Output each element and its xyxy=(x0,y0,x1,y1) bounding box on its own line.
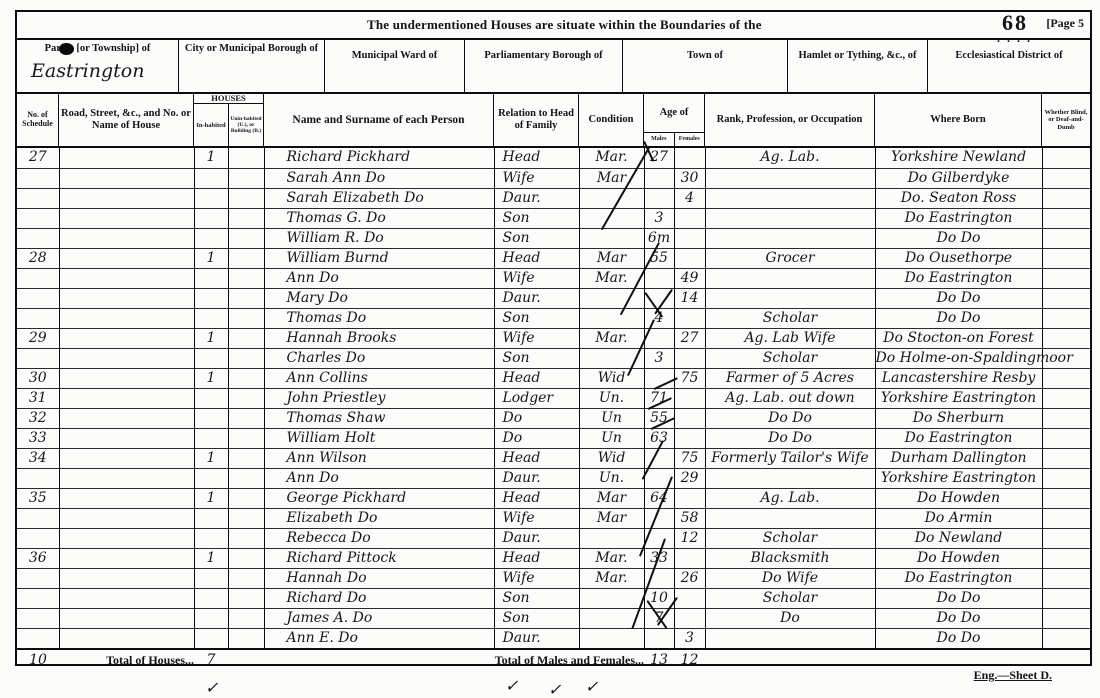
cell-disability xyxy=(1042,368,1090,388)
cell-name: Richard Pickhard xyxy=(264,148,494,168)
cell-relation: Do xyxy=(494,428,579,448)
cell-age-male xyxy=(644,528,674,548)
cell-age-male: 64 xyxy=(644,488,674,508)
cell-age-female xyxy=(674,588,705,608)
cell-age-female xyxy=(674,248,705,268)
table-row: William R. Do Son 6m Do Do xyxy=(17,228,1090,248)
cell-where-born: Do. Seaton Ross xyxy=(875,188,1042,208)
cell-road xyxy=(59,588,194,608)
check-mark: ✓ xyxy=(548,680,561,698)
cell-condition xyxy=(579,308,644,328)
cell-condition: Mar. xyxy=(579,548,644,568)
cell-disability xyxy=(1042,628,1090,649)
cell-age-male xyxy=(644,188,674,208)
cell-inhabited xyxy=(194,168,228,188)
cell-road xyxy=(59,368,194,388)
loc-label: Town of xyxy=(623,40,787,62)
column-header-row: No. of Schedule Road, Street, &c., and N… xyxy=(17,94,1090,148)
table-row: Richard Do Son 10 Scholar Do Do xyxy=(17,588,1090,608)
cell-schedule xyxy=(17,288,59,308)
total-females-value: 12 xyxy=(674,649,705,671)
cell-relation: Head xyxy=(494,248,579,268)
col-header-road: Road, Street, &c., and No. or Name of Ho… xyxy=(59,94,194,146)
loc-cell-town: Town of xyxy=(623,40,788,92)
cell-road xyxy=(59,288,194,308)
cell-uninhabited xyxy=(228,568,264,588)
cell-uninhabited xyxy=(228,248,264,268)
cell-condition xyxy=(579,348,644,368)
cell-schedule: 29 xyxy=(17,328,59,348)
cell-uninhabited xyxy=(228,148,264,168)
table-row: 35 1 George Pickhard Head Mar 64 Ag. Lab… xyxy=(17,488,1090,508)
cell-relation: Son xyxy=(494,588,579,608)
cell-inhabited xyxy=(194,388,228,408)
table-row: Thomas Do Son 4 Scholar Do Do xyxy=(17,308,1090,328)
cell-inhabited xyxy=(194,588,228,608)
cell-schedule: 35 xyxy=(17,488,59,508)
cell-age-female xyxy=(674,348,705,368)
cell-uninhabited xyxy=(228,408,264,428)
cell-uninhabited xyxy=(228,168,264,188)
cell-condition xyxy=(579,288,644,308)
cell-inhabited: 1 xyxy=(194,148,228,168)
cell-disability xyxy=(1042,268,1090,288)
cell-inhabited xyxy=(194,608,228,628)
cell-occupation xyxy=(705,228,875,248)
col-header-females: Females xyxy=(675,133,705,146)
cell-relation: Head xyxy=(494,448,579,468)
cell-where-born: Yorkshire Newland xyxy=(875,148,1042,168)
cell-age-male: 7 xyxy=(644,608,674,628)
cell-uninhabited xyxy=(228,428,264,448)
cell-schedule: 36 xyxy=(17,548,59,568)
col-header-where-born: Where Born xyxy=(875,94,1042,146)
cell-disability xyxy=(1042,408,1090,428)
cell-name: Thomas Do xyxy=(264,308,494,328)
cell-where-born: Do Holme-on-Spaldingmoor xyxy=(875,348,1042,368)
cell-age-female: 29 xyxy=(674,468,705,488)
cell-age-female: 75 xyxy=(674,368,705,388)
cell-age-male xyxy=(644,568,674,588)
cell-condition: Un xyxy=(579,428,644,448)
cell-condition xyxy=(579,528,644,548)
cell-age-female xyxy=(674,388,705,408)
table-row: Ann Do Daur. Un. 29 Yorkshire Eastringto… xyxy=(17,468,1090,488)
cell-condition xyxy=(579,228,644,248)
cell-name: William Holt xyxy=(264,428,494,448)
cell-schedule: 33 xyxy=(17,428,59,448)
loc-label: Parish [or Township] of xyxy=(17,40,178,55)
cell-uninhabited xyxy=(228,548,264,568)
cell-schedule xyxy=(17,208,59,228)
cell-schedule: 32 xyxy=(17,408,59,428)
cell-disability xyxy=(1042,548,1090,568)
location-header: Parish [or Township] of Eastrington City… xyxy=(17,40,1090,94)
cell-name: Rebecca Do xyxy=(264,528,494,548)
cell-relation: Daur. xyxy=(494,288,579,308)
cell-disability xyxy=(1042,288,1090,308)
cell-age-male: 55 xyxy=(644,248,674,268)
ink-blot xyxy=(59,43,74,55)
cell-schedule xyxy=(17,168,59,188)
loc-label: Ecclesiastical District of xyxy=(928,40,1090,62)
cell-age-male: 71 xyxy=(644,388,674,408)
cell-road xyxy=(59,628,194,649)
cell-schedule xyxy=(17,188,59,208)
cell-inhabited: 1 xyxy=(194,548,228,568)
total-males-females-label: Total of Males and Females... xyxy=(264,649,644,671)
cell-relation: Head xyxy=(494,148,579,168)
cell-name: Mary Do xyxy=(264,288,494,308)
cell-where-born: Yorkshire Eastrington xyxy=(875,388,1042,408)
cell-name: Thomas G. Do xyxy=(264,208,494,228)
table-row: 31 John Priestley Lodger Un. 71 Ag. Lab.… xyxy=(17,388,1090,408)
cell-occupation: Scholar xyxy=(705,528,875,548)
cell-occupation: Scholar xyxy=(705,308,875,328)
cell-inhabited: 1 xyxy=(194,488,228,508)
cell-road xyxy=(59,488,194,508)
cell-age-male xyxy=(644,368,674,388)
cell-schedule xyxy=(17,528,59,548)
cell-where-born: Do Do xyxy=(875,308,1042,328)
cell-age-male: 4 xyxy=(644,308,674,328)
table-row: 30 1 Ann Collins Head Wid 75 Farmer of 5… xyxy=(17,368,1090,388)
cell-inhabited: 1 xyxy=(194,328,228,348)
cell-name: William R. Do xyxy=(264,228,494,248)
cell-age-female xyxy=(674,308,705,328)
cell-occupation: Ag. Lab. out down xyxy=(705,388,875,408)
cell-condition: Mar. xyxy=(579,568,644,588)
cell-relation: Son xyxy=(494,348,579,368)
cell-where-born: Do Eastrington xyxy=(875,428,1042,448)
cell-uninhabited xyxy=(228,308,264,328)
cell-inhabited xyxy=(194,568,228,588)
col-header-occupation: Rank, Profession, or Occupation xyxy=(705,94,875,146)
cell-age-female: 4 xyxy=(674,188,705,208)
cell-condition: Mar. xyxy=(579,328,644,348)
cell-uninhabited xyxy=(228,268,264,288)
cell-road xyxy=(59,568,194,588)
cell-schedule xyxy=(17,268,59,288)
col-header-inhabited: In-habited xyxy=(194,104,229,146)
table-row: 32 Thomas Shaw Do Un 55 Do Do Do Sherbur… xyxy=(17,408,1090,428)
cell-relation: Wife xyxy=(494,328,579,348)
cell-name: Richard Pittock xyxy=(264,548,494,568)
cell-condition xyxy=(579,608,644,628)
cell-condition xyxy=(579,208,644,228)
cell-where-born: Do Stocton-on Forest xyxy=(875,328,1042,348)
cell-name: Richard Do xyxy=(264,588,494,608)
cell-age-female xyxy=(674,488,705,508)
census-sheet: The undermentioned Houses are situate wi… xyxy=(15,10,1092,666)
cell-inhabited xyxy=(194,428,228,448)
cell-relation: Head xyxy=(494,368,579,388)
cell-age-male xyxy=(644,168,674,188)
cell-schedule xyxy=(17,468,59,488)
cell-occupation xyxy=(705,288,875,308)
cell-age-female xyxy=(674,428,705,448)
cell-road xyxy=(59,388,194,408)
cell-age-female: 3 xyxy=(674,628,705,649)
cell-relation: Daur. xyxy=(494,188,579,208)
cell-road xyxy=(59,248,194,268)
cell-name: Ann E. Do xyxy=(264,628,494,649)
cell-condition: Wid xyxy=(579,368,644,388)
cell-where-born: Do Armin xyxy=(875,508,1042,528)
cell-inhabited xyxy=(194,348,228,368)
cell-schedule xyxy=(17,508,59,528)
cell-disability xyxy=(1042,568,1090,588)
cell-age-female: 14 xyxy=(674,288,705,308)
cell-age-male: 6m xyxy=(644,228,674,248)
cell-schedule xyxy=(17,588,59,608)
cell-road xyxy=(59,148,194,168)
census-table-body: 27 1 Richard Pickhard Head Mar. 27 Ag. L… xyxy=(17,148,1090,649)
table-row: Sarah Ann Do Wife Mar 30 Do Gilberdyke xyxy=(17,168,1090,188)
cell-where-born: Do Do xyxy=(875,608,1042,628)
cell-uninhabited xyxy=(228,348,264,368)
col-header-males: Males xyxy=(644,133,675,146)
cell-inhabited xyxy=(194,528,228,548)
table-row: Mary Do Daur. 14 Do Do xyxy=(17,288,1090,308)
cell-name: Ann Collins xyxy=(264,368,494,388)
cell-occupation xyxy=(705,628,875,649)
cell-disability xyxy=(1042,328,1090,348)
cell-age-female xyxy=(674,228,705,248)
cell-relation: Daur. xyxy=(494,468,579,488)
cell-relation: Son xyxy=(494,208,579,228)
cell-occupation: Do xyxy=(705,608,875,628)
cell-uninhabited xyxy=(228,608,264,628)
cell-name: Charles Do xyxy=(264,348,494,368)
cell-uninhabited xyxy=(228,528,264,548)
cell-where-born: Do Howden xyxy=(875,488,1042,508)
cell-uninhabited xyxy=(228,588,264,608)
cell-age-male xyxy=(644,288,674,308)
cell-disability xyxy=(1042,508,1090,528)
cell-disability xyxy=(1042,208,1090,228)
cell-occupation: Scholar xyxy=(705,588,875,608)
cell-where-born: Do Do xyxy=(875,588,1042,608)
cell-relation: Daur. xyxy=(494,628,579,649)
cell-name: Hannah Brooks xyxy=(264,328,494,348)
header-band: The undermentioned Houses are situate wi… xyxy=(17,12,1090,40)
cell-relation: Daur. xyxy=(494,528,579,548)
cell-relation: Head xyxy=(494,548,579,568)
cell-age-female: 26 xyxy=(674,568,705,588)
loc-label: Municipal Ward of xyxy=(325,40,464,62)
cell-name: Ann Do xyxy=(264,268,494,288)
col-header-relation: Relation to Head of Family xyxy=(494,94,579,146)
cell-occupation: Farmer of 5 Acres xyxy=(705,368,875,388)
total-schedule-cell: 10 xyxy=(17,649,59,671)
cell-age-male xyxy=(644,268,674,288)
cell-relation: Son xyxy=(494,308,579,328)
cell-where-born: Do Eastrington xyxy=(875,268,1042,288)
totals-row: 10 Total of Houses... 7 Total of Males a… xyxy=(17,649,1090,671)
loc-label: City or Municipal Borough of xyxy=(179,40,324,55)
cell-occupation: Formerly Tailor's Wife xyxy=(705,448,875,468)
cell-relation: Wife xyxy=(494,508,579,528)
cell-where-born: Do Ousethorpe xyxy=(875,248,1042,268)
cell-occupation: Grocer xyxy=(705,248,875,268)
cell-occupation xyxy=(705,208,875,228)
table-row: Hannah Do Wife Mar. 26 Do Wife Do Eastri… xyxy=(17,568,1090,588)
cell-relation: Lodger xyxy=(494,388,579,408)
cell-age-male: 55 xyxy=(644,408,674,428)
cell-condition: Mar. xyxy=(579,268,644,288)
cell-where-born: Do Do xyxy=(875,628,1042,649)
cell-where-born: Do Do xyxy=(875,288,1042,308)
cell-inhabited xyxy=(194,268,228,288)
cell-where-born: Do Gilberdyke xyxy=(875,168,1042,188)
cell-condition: Mar xyxy=(579,168,644,188)
cell-age-male: 10 xyxy=(644,588,674,608)
cell-uninhabited xyxy=(228,368,264,388)
cell-occupation xyxy=(705,168,875,188)
cell-relation: Head xyxy=(494,488,579,508)
cell-uninhabited xyxy=(228,188,264,208)
census-scan-page: { "page": { "top_note": "The undermentio… xyxy=(0,0,1100,698)
total-males-value: 13 xyxy=(644,649,674,671)
loc-cell-parish: Parish [or Township] of Eastrington xyxy=(17,40,179,92)
cell-where-born: Do Eastrington xyxy=(875,568,1042,588)
cell-age-male: 27 xyxy=(644,148,674,168)
table-row: 28 1 William Burnd Head Mar 55 Grocer Do… xyxy=(17,248,1090,268)
cell-age-female: 30 xyxy=(674,168,705,188)
cell-condition: Mar xyxy=(579,248,644,268)
cell-name: Thomas Shaw xyxy=(264,408,494,428)
cell-inhabited xyxy=(194,468,228,488)
cell-disability xyxy=(1042,188,1090,208)
col-header-disability: Whether Blind, or Deaf-and-Dumb xyxy=(1042,94,1090,146)
loc-label: Parliamentary Borough of xyxy=(465,40,622,62)
cell-schedule: 30 xyxy=(17,368,59,388)
cell-uninhabited xyxy=(228,328,264,348)
cell-road xyxy=(59,228,194,248)
col-header-uninhabited: Unin-habited (U.), or Building (B.) xyxy=(229,104,263,146)
cell-schedule: 27 xyxy=(17,148,59,168)
cell-inhabited xyxy=(194,208,228,228)
cell-relation: Wife xyxy=(494,268,579,288)
cell-disability xyxy=(1042,608,1090,628)
table-row: Sarah Elizabeth Do Daur. 4 Do. Seaton Ro… xyxy=(17,188,1090,208)
cell-uninhabited xyxy=(228,388,264,408)
cell-uninhabited xyxy=(228,448,264,468)
table-row: James A. Do Son 7 Do Do Do xyxy=(17,608,1090,628)
cell-condition xyxy=(579,628,644,649)
cell-inhabited xyxy=(194,628,228,649)
cell-uninhabited xyxy=(228,508,264,528)
cell-occupation: Ag. Lab Wife xyxy=(705,328,875,348)
page-label: [Page 5 xyxy=(1046,16,1084,31)
cell-inhabited xyxy=(194,308,228,328)
table-row: Ann Do Wife Mar. 49 Do Eastrington xyxy=(17,268,1090,288)
table-row: Thomas G. Do Son 3 Do Eastrington xyxy=(17,208,1090,228)
cell-road xyxy=(59,508,194,528)
cell-road xyxy=(59,328,194,348)
cell-age-female xyxy=(674,608,705,628)
col-header-age-title: Age of xyxy=(644,94,704,133)
cell-inhabited xyxy=(194,508,228,528)
cell-occupation: Do Wife xyxy=(705,568,875,588)
cell-condition: Wid xyxy=(579,448,644,468)
cell-name: Hannah Do xyxy=(264,568,494,588)
cell-occupation: Do Do xyxy=(705,408,875,428)
cell-occupation xyxy=(705,508,875,528)
loc-label: Hamlet or Tything, &c., of xyxy=(788,40,927,62)
total-houses-value: 7 xyxy=(194,649,228,671)
cell-where-born: Do Do xyxy=(875,228,1042,248)
cell-where-born: Yorkshire Eastrington xyxy=(875,468,1042,488)
cell-name: Sarah Elizabeth Do xyxy=(264,188,494,208)
parish-value: Eastrington xyxy=(31,60,144,82)
cell-name: William Burnd xyxy=(264,248,494,268)
total-houses-label: Total of Houses... xyxy=(59,649,194,671)
cell-disability xyxy=(1042,448,1090,468)
cell-where-born: Lancastershire Resby xyxy=(875,368,1042,388)
cell-occupation: Ag. Lab. xyxy=(705,148,875,168)
cell-road xyxy=(59,348,194,368)
cell-road xyxy=(59,168,194,188)
cell-relation: Son xyxy=(494,608,579,628)
cell-schedule: 31 xyxy=(17,388,59,408)
cell-schedule xyxy=(17,228,59,248)
cell-age-male: 63 xyxy=(644,428,674,448)
cell-age-male: 3 xyxy=(644,348,674,368)
cell-road xyxy=(59,408,194,428)
cell-road xyxy=(59,448,194,468)
check-mark: ✓ xyxy=(585,677,598,696)
cell-age-female: 27 xyxy=(674,328,705,348)
cell-occupation xyxy=(705,188,875,208)
cell-schedule xyxy=(17,308,59,328)
table-row: 29 1 Hannah Brooks Wife Mar. 27 Ag. Lab … xyxy=(17,328,1090,348)
table-row: Rebecca Do Daur. 12 Scholar Do Newland xyxy=(17,528,1090,548)
top-note: The undermentioned Houses are situate wi… xyxy=(367,17,762,33)
cell-condition: Mar xyxy=(579,488,644,508)
check-mark: ✓ xyxy=(205,678,218,697)
table-row: Charles Do Son 3 Scholar Do Holme-on-Spa… xyxy=(17,348,1090,368)
col-header-name: Name and Surname of each Person xyxy=(264,94,494,146)
cell-condition xyxy=(579,188,644,208)
cell-relation: Wife xyxy=(494,568,579,588)
cell-uninhabited xyxy=(228,288,264,308)
cell-disability xyxy=(1042,228,1090,248)
cell-road xyxy=(59,308,194,328)
cell-name: Ann Do xyxy=(264,468,494,488)
cell-uninhabited xyxy=(228,468,264,488)
cell-disability xyxy=(1042,388,1090,408)
cell-name: George Pickhard xyxy=(264,488,494,508)
col-header-condition: Condition xyxy=(579,94,644,146)
cell-disability xyxy=(1042,428,1090,448)
cell-condition: Un xyxy=(579,408,644,428)
loc-cell-city: City or Municipal Borough of xyxy=(179,40,325,92)
cell-age-female xyxy=(674,548,705,568)
cell-where-born: Do Eastrington xyxy=(875,208,1042,228)
cell-inhabited: 1 xyxy=(194,368,228,388)
cell-age-female xyxy=(674,148,705,168)
cell-age-male: 33 xyxy=(644,548,674,568)
cell-disability xyxy=(1042,528,1090,548)
cell-occupation: Ag. Lab. xyxy=(705,488,875,508)
cell-age-female xyxy=(674,408,705,428)
col-header-schedule: No. of Schedule xyxy=(17,94,59,146)
cell-age-female xyxy=(674,208,705,228)
loc-cell-parl-borough: Parliamentary Borough of xyxy=(465,40,623,92)
cell-age-male xyxy=(644,468,674,488)
